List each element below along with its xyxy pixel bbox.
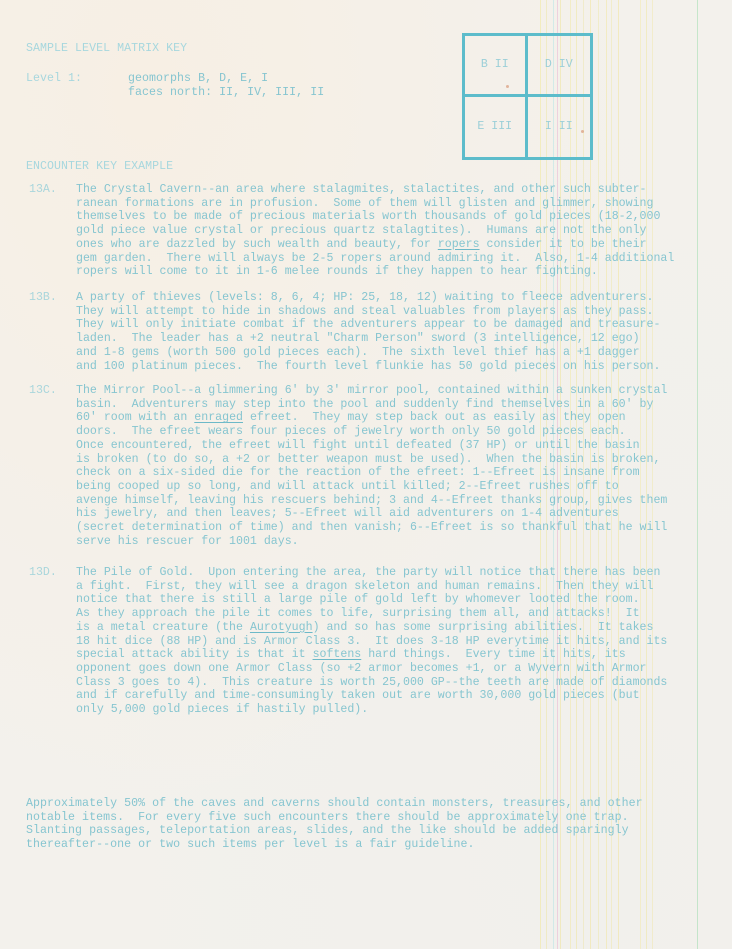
page-title: SAMPLE LEVEL MATRIX KEY (26, 42, 187, 56)
matrix-cell: B II (465, 36, 528, 97)
matrix-cell: D IV (528, 36, 591, 97)
text-line: Class 3 goes to 4). This creature is wor… (76, 676, 667, 690)
text-line: and 1-8 gems (worth 500 gold pieces each… (76, 346, 660, 360)
text-line: doors. The efreet wears four pieces of j… (76, 425, 667, 439)
text-line: gold piece value crystal or precious qua… (76, 224, 674, 238)
entry-text: The Crystal Cavern--an area where stalag… (76, 183, 674, 279)
document-page: SAMPLE LEVEL MATRIX KEY Level 1: geomorp… (0, 0, 732, 949)
text-line: notice that there is still a large pile … (76, 593, 667, 607)
text-line: ones who are dazzled by such wealth and … (76, 238, 674, 252)
text-line: being cooped up so long, and will attack… (76, 480, 667, 494)
text-line: thereafter--one or two such items per le… (26, 838, 643, 852)
ink-speck (506, 85, 509, 88)
text-line: (secret determination of time) and then … (76, 521, 667, 535)
text-line: The Pile of Gold. Upon entering the area… (76, 566, 667, 580)
level-details: geomorphs B, D, E, Ifaces north: II, IV,… (128, 72, 324, 99)
text-line: ranean formations are in profusion. Some… (76, 197, 674, 211)
matrix-cell: E III (465, 97, 528, 158)
entry-number: 13C. (29, 384, 57, 398)
text-line: opponent goes down one Armor Class (so +… (76, 662, 667, 676)
entry-text: The Mirror Pool--a glimmering 6' by 3' m… (76, 384, 667, 548)
text-line: Approximately 50% of the caves and caver… (26, 797, 643, 811)
level-matrix-diagram: B II D IV E III I II (462, 33, 593, 160)
text-line: is a metal creature (the Aurotyugh) and … (76, 621, 667, 635)
underlined-term: Aurotyugh (250, 621, 313, 634)
underlined-term: enraged (194, 411, 243, 424)
text-line: serve his rescuer for 1001 days. (76, 535, 667, 549)
text-line: themselves to be made of precious materi… (76, 210, 674, 224)
entry-number: 13D. (29, 566, 57, 580)
text-line: gem garden. There will always be 2-5 rop… (76, 252, 674, 266)
text-line: and 100 platinum pieces. The fourth leve… (76, 360, 660, 374)
entry-text: The Pile of Gold. Upon entering the area… (76, 566, 667, 717)
text-line: As they approach the pile it comes to li… (76, 607, 667, 621)
geomorphs-line: geomorphs B, D, E, I (128, 72, 324, 86)
text-line: check on a six-sided die for the reactio… (76, 466, 667, 480)
text-line: 18 hit dice (88 HP) and is Armor Class 3… (76, 635, 667, 649)
entry-number: 13B. (29, 291, 57, 305)
text-line: a fight. First, they will see a dragon s… (76, 580, 667, 594)
text-line: Slanting passages, teleportation areas, … (26, 824, 643, 838)
faces-line: faces north: II, IV, III, II (128, 86, 324, 100)
underlined-term: ropers (438, 238, 480, 251)
text-line: A party of thieves (levels: 8, 6, 4; HP:… (76, 291, 660, 305)
text-line: his jewelry, and then leaves; 5--Efreet … (76, 507, 667, 521)
matrix-cell: I II (528, 97, 591, 158)
level-label: Level 1: (26, 72, 82, 86)
text-line: Once encountered, the efreet will fight … (76, 439, 667, 453)
text-line: They will only initiate combat if the ad… (76, 318, 660, 332)
text-line: is broken (to do so, a +2 or better weap… (76, 453, 667, 467)
ink-speck (581, 130, 584, 133)
underlined-term: softens (313, 648, 362, 661)
text-line: laden. The leader has a +2 neutral "Char… (76, 332, 660, 346)
text-line: only 5,000 gold pieces if hastily pulled… (76, 703, 667, 717)
section-heading: ENCOUNTER KEY EXAMPLE (26, 160, 173, 174)
text-line: special attack ability is that it soften… (76, 648, 667, 662)
text-line: and if carefully and time-consumingly ta… (76, 689, 667, 703)
text-line: basin. Adventurers may step into the poo… (76, 398, 667, 412)
text-line: avenge himself, leaving his rescuers beh… (76, 494, 667, 508)
text-line: ropers will come to it in 1-6 melee roun… (76, 265, 674, 279)
entry-text: A party of thieves (levels: 8, 6, 4; HP:… (76, 291, 660, 373)
entry-number: 13A. (29, 183, 57, 197)
text-line: The Mirror Pool--a glimmering 6' by 3' m… (76, 384, 667, 398)
text-line: 60' room with an enraged efreet. They ma… (76, 411, 667, 425)
text-line: They will attempt to hide in shadows and… (76, 305, 660, 319)
text-line: notable items. For every five such encou… (26, 811, 643, 825)
text-line: The Crystal Cavern--an area where stalag… (76, 183, 674, 197)
footer-paragraph: Approximately 50% of the caves and caver… (26, 797, 643, 851)
